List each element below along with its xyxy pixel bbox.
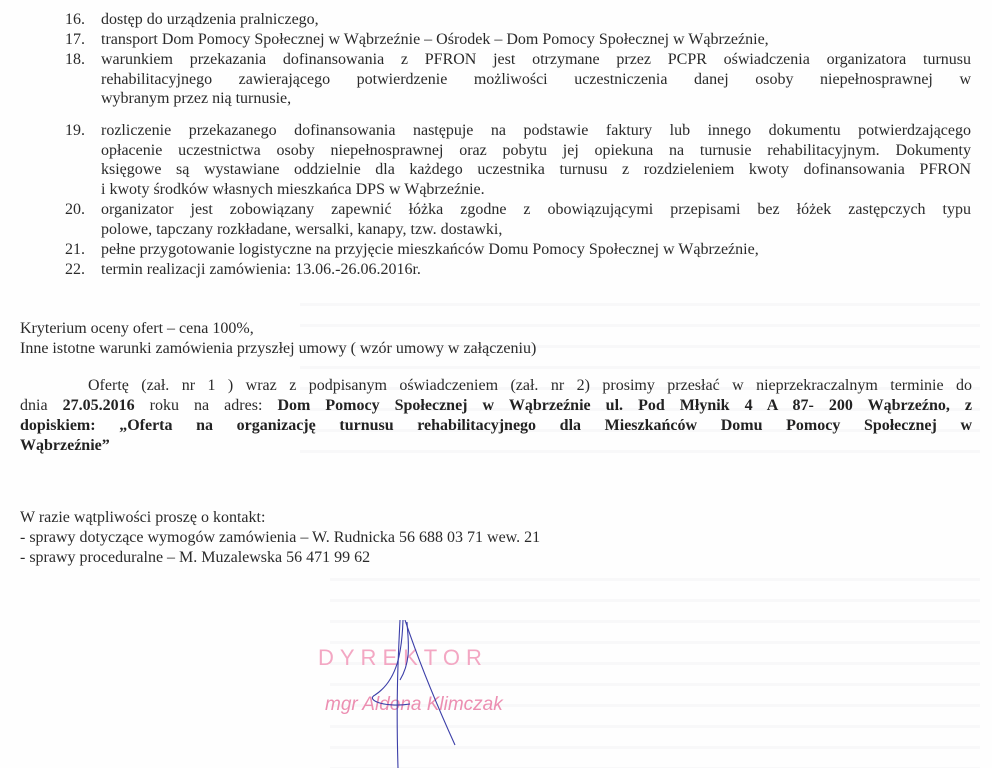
offer-paragraph-line-2: dnia 27.05.2016 roku na adres: Dom Pomoc… [20,396,972,416]
list-text: warunkiem przekazania dofinansowania z P… [101,50,971,70]
list-text: księgowe są wystawiane oddzielnie dla ka… [101,160,971,180]
list-number: 20. [65,200,99,220]
offer-address: Dom Pomocy Społecznej w Wąbrzeźnie ul. P… [277,397,972,414]
list-number: 22. [65,260,99,280]
offer-paragraph-line-4: Wąbrzeźnie” [20,436,110,456]
list-text: dostęp do urządzenia pralniczego, [101,10,971,30]
list-text: rehabilitacyjnego zawierającego potwierd… [101,70,971,90]
offer-deadline: 27.05.2016 [63,397,135,414]
list-text: pełne przygotowanie logistyczne na przyj… [101,240,971,260]
contact-procedural: - sprawy proceduralne – M. Muzalewska 56… [20,548,370,568]
list-number: 21. [65,240,99,260]
list-item-16: 16. dostęp do urządzenia pralniczego, [65,10,985,30]
list-item-19: 19. rozliczenie przekazanego dofinansowa… [65,121,985,199]
list-number: 17. [65,30,99,50]
other-conditions: Inne istotne warunki zamówienia przyszłe… [20,339,536,359]
offer-text: roku na adres: [135,397,278,414]
list-text: wybranym przez nią turnusie, [101,89,971,109]
list-text: rozliczenie przekazanego dofinansowania … [101,121,971,141]
list-item-17: 17. transport Dom Pomocy Społecznej w Wą… [65,30,985,50]
list-number: 16. [65,10,99,30]
offer-paragraph-line-3: dopiskiem: „Oferta na organizację turnus… [20,416,972,436]
stamp-name: mgr Aldona Klimczak [325,694,503,716]
list-text: organizator jest zobowiązany zapewnić łó… [101,200,971,220]
list-item-22: 22. termin realizacji zamówienia: 13.06.… [65,260,985,280]
evaluation-criterion: Kryterium oceny ofert – cena 100%, [20,319,254,339]
scanned-document-page: 16. dostęp do urządzenia pralniczego, 17… [0,0,992,768]
list-item-20: 20. organizator jest zobowiązany zapewni… [65,200,985,239]
offer-text: dnia [20,397,63,414]
list-item-21: 21. pełne przygotowanie logistyczne na p… [65,240,985,260]
offer-paragraph-line-1: Ofertę (zał. nr 1 ) wraz z podpisanym oś… [20,376,972,396]
list-text: termin realizacji zamówienia: 13.06.-26.… [101,260,971,280]
list-item-18: 18. warunkiem przekazania dofinansowania… [65,50,985,109]
stamp-title: DYREKTOR [318,645,488,671]
list-text: transport Dom Pomocy Społecznej w Wąbrze… [101,30,971,50]
list-text: polowe, tapczany rozkładane, wersalki, k… [101,220,971,240]
contact-intro: W razie wątpliwości proszę o kontakt: [20,508,265,528]
contact-requirements: - sprawy dotyczące wymogów zamówienia – … [20,528,540,548]
list-number: 18. [65,50,99,70]
list-text: opłacenie uczestnictwa osoby niepełnospr… [101,141,971,161]
list-number: 19. [65,121,99,141]
list-text: i kwoty środków własnych mieszkańca DPS … [101,180,971,200]
